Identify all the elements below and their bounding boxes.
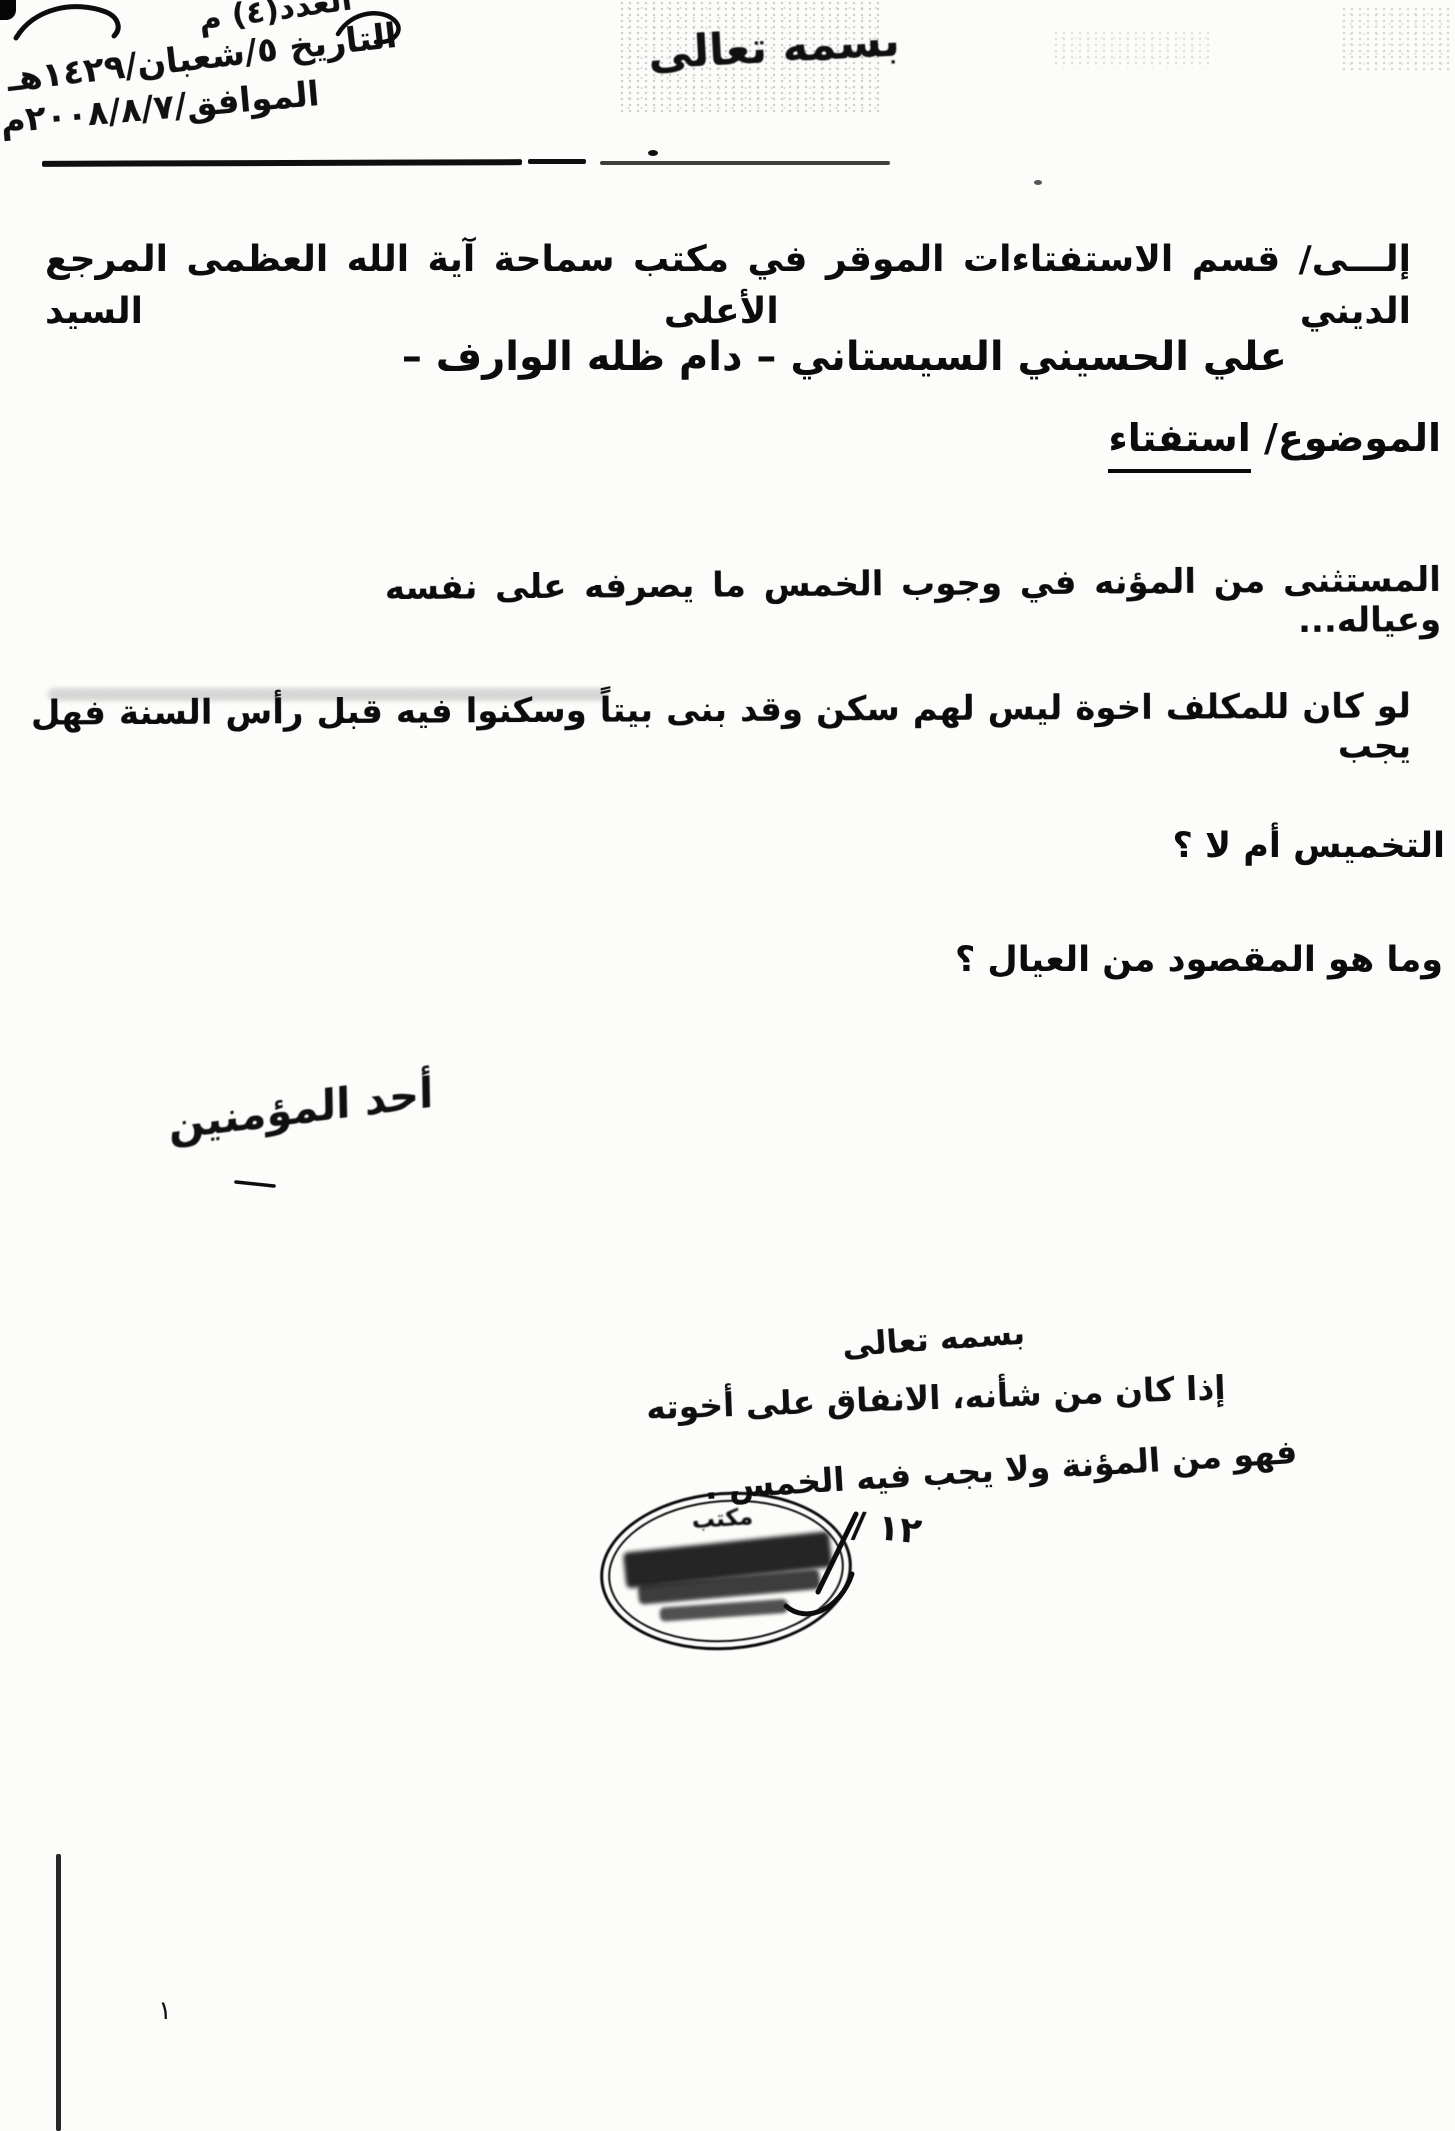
address-line-1: إلـــى/ قسم الاستفتاءات الموقر في مكتب س…	[45, 234, 1411, 338]
address-line-2: علي الحسيني السيستاني – دام ظله الوارف –	[402, 334, 1287, 380]
stamp-text-smear	[660, 1599, 789, 1622]
subject-line: الموضوع/ استفتاء	[1108, 416, 1441, 460]
office-stamp: مكتب	[595, 1483, 857, 1658]
scan-streak	[600, 161, 890, 165]
scan-dot	[648, 150, 658, 156]
scan-streak	[528, 159, 586, 164]
sender-signature: أحد المؤمنين	[169, 1068, 434, 1150]
question-intro: المستثنى من المؤنه في وجوب الخمس ما يصرف…	[385, 560, 1442, 648]
scan-noise-patch	[1052, 30, 1210, 68]
subject-label: الموضوع/	[1251, 416, 1441, 460]
page-number: ١	[158, 1996, 172, 2026]
question-2: وما هو المقصود من العيال ؟	[955, 940, 1443, 980]
scan-dot	[1034, 180, 1042, 185]
answer-line-1: إذا كان من شأنه، الانفاق على أخوته	[645, 1368, 1226, 1427]
answer-line-2: فهو من المؤنة ولا يجب فيه الخمس .	[703, 1432, 1298, 1507]
scanned-letter-page: العدد(٤) م التاريخ ٥/شعبان/١٤٢٩هـ المواف…	[0, 0, 1455, 2131]
scan-noise-patch	[1340, 6, 1452, 72]
question-1-line-2: التخميس أم لا ؟	[1173, 826, 1445, 866]
signature-underline-stroke	[236, 1182, 274, 1186]
question-1-line-1: لو كان للمكلف اخوة ليس لهم سكن وقد بنى ب…	[31, 686, 1411, 773]
scan-edge-line	[56, 1854, 61, 2131]
answer-date: ١٢ /	[850, 1504, 924, 1552]
scan-streak	[42, 159, 522, 167]
scan-corner-mark	[0, 0, 16, 20]
header-flourish-stroke	[16, 7, 118, 38]
subject-value-underlined: استفتاء	[1108, 416, 1250, 473]
answer-basmala: بسمه تعالى	[841, 1314, 1026, 1365]
